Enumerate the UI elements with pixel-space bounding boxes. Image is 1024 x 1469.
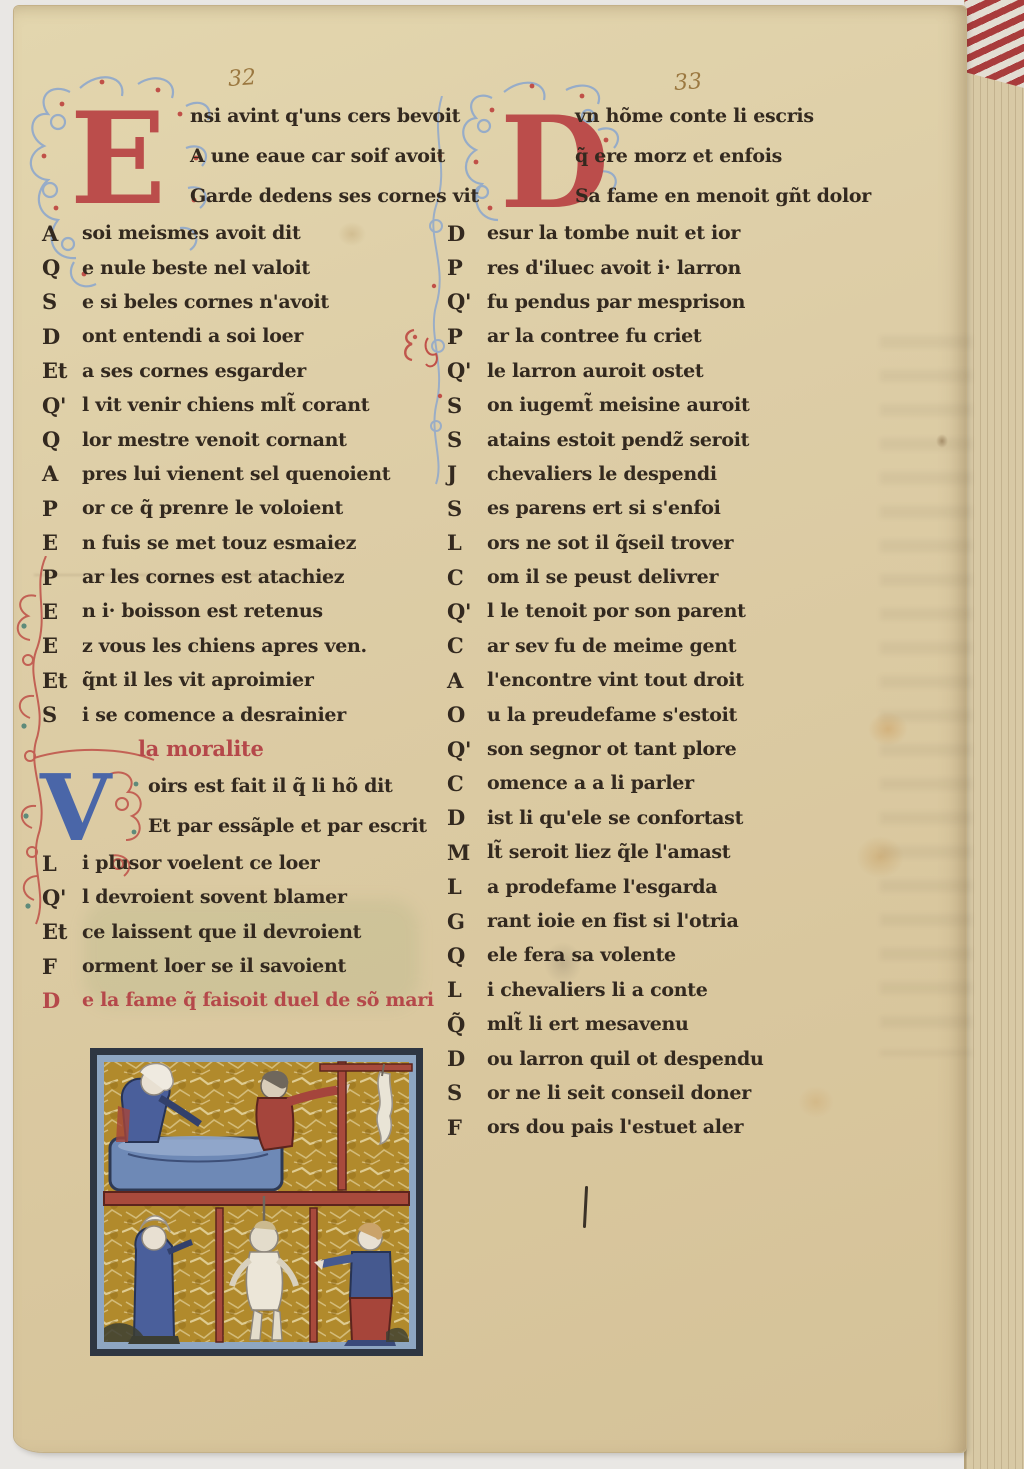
verse-line: Dist li qu'ele se confortast: [447, 801, 877, 835]
verse-line: Q'son segnor ot tant plore: [447, 732, 877, 766]
verse-line: En i· boisson est retenus: [42, 594, 452, 628]
verse-line: Asoi meismes avoit dit: [42, 216, 452, 250]
verse-line: Et par essãple et par escrit: [42, 806, 452, 846]
manuscript-photo: 32 33 E: [0, 0, 1024, 1469]
rubric-fame: D e la fame q̃ faisoit duel de sõ mari: [42, 983, 452, 1017]
verse-line: Comence a a li parler: [447, 766, 877, 800]
verse-line: Lors ne sot il q̃seil trover: [447, 526, 877, 560]
text-column-left: nsi avint q'uns cers bevoitA une eaue ca…: [42, 96, 452, 1017]
verse-line: Par la contree fu criet: [447, 319, 877, 353]
verse-line: Ses parens ert si s'enfoi: [447, 491, 877, 525]
verso-showthrough: [880, 336, 972, 1056]
verse-line: En fuis se met touz esmaiez: [42, 526, 452, 560]
verse-line: La prodefame l'esgarda: [447, 869, 877, 903]
rubric-initial: D: [42, 988, 82, 1013]
verse-line: Jchevaliers le despendi: [447, 457, 877, 491]
verse-line: Pres d'iluec avoit i· larron: [447, 250, 877, 284]
verse-line: nsi avint q'uns cers bevoit: [42, 96, 452, 136]
folio-number-left: 32: [227, 65, 257, 92]
verse-line: Q'l vit venir chiens mlt̃ corant: [42, 388, 452, 422]
verse-line: Car sev fu de meime gent: [447, 629, 877, 663]
verse-line: Forment loer se il savoient: [42, 949, 452, 983]
opening-lines: nsi avint q'uns cers bevoitA une eaue ca…: [42, 96, 452, 216]
verse-line: Par les cornes est atachiez: [42, 560, 452, 594]
verse-line: Sa fame en menoit gñt dolor: [447, 176, 877, 216]
verse-line: Desur la tombe nuit et ior: [447, 216, 877, 250]
verse-line: Satains estoit pendz̃ seroit: [447, 422, 877, 456]
verse-line: Qlor mestre venoit cornant: [42, 422, 452, 456]
verse-line: Etce laissent que il devroient: [42, 915, 452, 949]
verse-line: Qele fera sa volente: [447, 938, 877, 972]
verse-line: Si se comence a desrainier: [42, 697, 452, 731]
verse-line: Se si beles cornes n'avoit: [42, 285, 452, 319]
verse-line: Fors dou pais l'estuet aler: [447, 1110, 877, 1144]
hanged-corpse: [377, 1072, 392, 1144]
verse-line: Apres lui vienent sel quenoient: [42, 457, 452, 491]
verse-line: Por ce q̃ prenre le voloient: [42, 491, 452, 525]
verse-line: Ou la preudefame s'estoit: [447, 697, 877, 731]
verse-line: Garde dedens ses cornes vit: [42, 176, 452, 216]
verse-line: Dont entendi a soi loer: [42, 319, 452, 353]
verse-line: A une eaue car soif avoit: [42, 136, 452, 176]
verse-line: Eta ses cornes esgarder: [42, 354, 452, 388]
verse-line: Q'fu pendus par mesprison: [447, 285, 877, 319]
register-divider: [104, 1192, 409, 1205]
verse-line: Q'le larron auroit ostet: [447, 354, 877, 388]
verse-lines: Desur la tombe nuit et iorPres d'iluec a…: [447, 216, 877, 1145]
moralite-lines: Li plusor voelent ce loerQ'l devroient s…: [42, 846, 452, 984]
folio-number-right: 33: [673, 69, 703, 96]
rubric-moralite: la moralite: [42, 732, 452, 766]
verse-line: Al'encontre vint tout droit: [447, 663, 877, 697]
verse-line: Grant ioie en fist si l'otria: [447, 904, 877, 938]
verse-line: Li chevaliers li a conte: [447, 973, 877, 1007]
moralite-opening-lines: oirs est fait il q̃ li hõ ditEt par essã…: [42, 766, 452, 846]
rubric-text: e la fame q̃ faisoit duel de sõ mari: [82, 989, 434, 1011]
text-column-right: vn hõme conte li escrisq̃ ere morz et en…: [447, 96, 877, 1145]
verse-lines: Asoi meismes avoit ditQe nule beste nel …: [42, 216, 452, 732]
stain: [936, 434, 948, 448]
verse-line: Q'l devroient sovent blamer: [42, 880, 452, 914]
verse-line: Etq̃nt il les vit aproimier: [42, 663, 452, 697]
verse-line: Mlt̃ seroit liez q̃le l'amast: [447, 835, 877, 869]
verse-line: Q̃mlt̃ li ert mesavenu: [447, 1007, 877, 1041]
verse-line: oirs est fait il q̃ li hõ dit: [42, 766, 452, 806]
verse-line: Com il se peust delivrer: [447, 560, 877, 594]
verse-line: Li plusor voelent ce loer: [42, 846, 452, 880]
verse-line: vn hõme conte li escris: [447, 96, 877, 136]
verse-line: Q'l le tenoit por son parent: [447, 594, 877, 628]
verse-line: Son iugemt̃ meisine auroit: [447, 388, 877, 422]
verse-line: q̃ ere morz et enfois: [447, 136, 877, 176]
verse-line: Sor ne li seit conseil doner: [447, 1076, 877, 1110]
book-fore-edge: [964, 0, 1024, 1469]
opening-lines: vn hõme conte li escrisq̃ ere morz et en…: [447, 96, 877, 216]
verse-line: Qe nule beste nel valoit: [42, 250, 452, 284]
miniature-widow-of-ephesus: [88, 1046, 425, 1358]
verse-line: Ez vous les chiens apres ven.: [42, 629, 452, 663]
red-skirt: [350, 1298, 392, 1342]
verse-line: Dou larron quil ot despendu: [447, 1041, 877, 1075]
